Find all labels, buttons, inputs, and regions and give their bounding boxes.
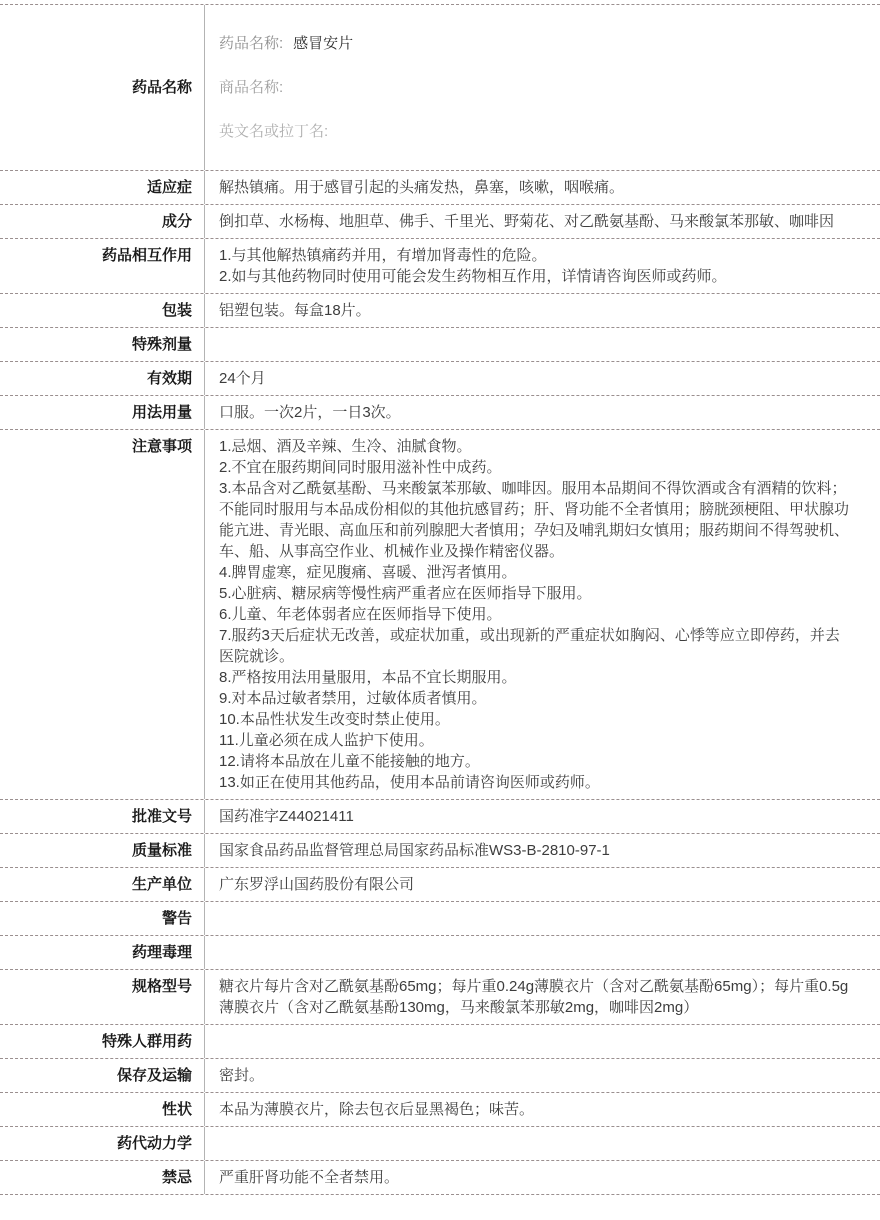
row-manufacturer: 生产单位 广东罗浮山国药股份有限公司 [0,868,880,902]
row-label-ingredients: 成分 [0,205,205,238]
row-value-approval-number: 国药准字Z44021411 [205,800,880,833]
row-value-shelf-life: 24个月 [205,362,880,395]
row-specification: 规格型号 糖衣片每片含对乙酰氨基酚65mg；每片重0.24g薄膜衣片（含对乙酰氨… [0,970,880,1025]
row-label-special-population: 特殊人群用药 [0,1025,205,1058]
row-value-indications: 解热镇痛。用于感冒引起的头痛发热，鼻塞，咳嗽，咽喉痛。 [205,171,880,204]
trade-name-line: 商品名称: [219,76,852,99]
english-name-line: 英文名或拉丁名: [219,120,852,143]
trade-name-field-label: 商品名称: [219,79,283,96]
row-value-specification: 糖衣片每片含对乙酰氨基酚65mg；每片重0.24g薄膜衣片（含对乙酰氨基酚65m… [205,970,880,1024]
row-value-contraindications: 严重肝肾功能不全者禁用。 [205,1161,880,1194]
row-approval-number: 批准文号 国药准字Z44021411 [0,800,880,834]
row-label-manufacturer: 生产单位 [0,868,205,901]
row-value-drug-interactions: 1.与其他解热镇痛药并用，有增加肾毒性的危险。 2.如与其他药物同时使用可能会发… [205,239,880,293]
row-label-shelf-life: 有效期 [0,362,205,395]
row-packaging: 包装 铝塑包装。每盒18片。 [0,294,880,328]
english-name-field-label: 英文名或拉丁名: [219,123,328,140]
row-warning: 警告 [0,902,880,936]
drug-info-table: 药品名称 药品名称:感冒安片 商品名称: 英文名或拉丁名: 适应症 解热镇痛。用… [0,4,880,1195]
row-label-special-dosage: 特殊剂量 [0,328,205,361]
row-label-storage-transport: 保存及运输 [0,1059,205,1092]
row-label-approval-number: 批准文号 [0,800,205,833]
row-label-contraindications: 禁忌 [0,1161,205,1194]
row-quality-standard: 质量标准 国家食品药品监督管理总局国家药品标准WS3-B-2810-97-1 [0,834,880,868]
row-label-precautions: 注意事项 [0,430,205,799]
row-value-storage-transport: 密封。 [205,1059,880,1092]
row-pharmacology-toxicology: 药理毒理 [0,936,880,970]
row-label-drug-name: 药品名称 [0,5,205,170]
row-shelf-life: 有效期 24个月 [0,362,880,396]
row-label-drug-interactions: 药品相互作用 [0,239,205,293]
row-value-dosage-usage: 口服。一次2片，一日3次。 [205,396,880,429]
drug-name-field-value: 感冒安片 [293,35,353,52]
row-precautions: 注意事项 1.忌烟、酒及辛辣、生冷、油腻食物。 2.不宜在服药期间同时服用滋补性… [0,430,880,800]
row-label-specification: 规格型号 [0,970,205,1024]
row-drug-name: 药品名称 药品名称:感冒安片 商品名称: 英文名或拉丁名: [0,5,880,171]
row-label-pharmacology-toxicology: 药理毒理 [0,936,205,969]
drug-name-line: 药品名称:感冒安片 [219,32,852,55]
row-special-population: 特殊人群用药 [0,1025,880,1059]
row-storage-transport: 保存及运输 密封。 [0,1059,880,1093]
row-label-dosage-usage: 用法用量 [0,396,205,429]
row-label-description: 性状 [0,1093,205,1126]
row-value-precautions: 1.忌烟、酒及辛辣、生冷、油腻食物。 2.不宜在服药期间同时服用滋补性中成药。 … [205,430,880,799]
row-value-manufacturer: 广东罗浮山国药股份有限公司 [205,868,880,901]
row-description: 性状 本品为薄膜衣片，除去包衣后显黑褐色；味苦。 [0,1093,880,1127]
row-label-pharmacokinetics: 药代动力学 [0,1127,205,1160]
row-value-description: 本品为薄膜衣片，除去包衣后显黑褐色；味苦。 [205,1093,880,1126]
row-label-quality-standard: 质量标准 [0,834,205,867]
row-value-special-population [205,1025,880,1058]
row-pharmacokinetics: 药代动力学 [0,1127,880,1161]
row-value-packaging: 铝塑包装。每盒18片。 [205,294,880,327]
row-value-pharmacokinetics [205,1127,880,1160]
row-value-special-dosage [205,328,880,361]
row-special-dosage: 特殊剂量 [0,328,880,362]
row-value-warning [205,902,880,935]
row-value-quality-standard: 国家食品药品监督管理总局国家药品标准WS3-B-2810-97-1 [205,834,880,867]
row-contraindications: 禁忌 严重肝肾功能不全者禁用。 [0,1161,880,1195]
row-value-pharmacology-toxicology [205,936,880,969]
row-value-drug-name: 药品名称:感冒安片 商品名称: 英文名或拉丁名: [205,5,880,170]
row-indications: 适应症 解热镇痛。用于感冒引起的头痛发热，鼻塞，咳嗽，咽喉痛。 [0,171,880,205]
row-label-warning: 警告 [0,902,205,935]
row-value-ingredients: 倒扣草、水杨梅、地胆草、佛手、千里光、野菊花、对乙酰氨基酚、马来酸氯苯那敏、咖啡… [205,205,880,238]
row-ingredients: 成分 倒扣草、水杨梅、地胆草、佛手、千里光、野菊花、对乙酰氨基酚、马来酸氯苯那敏… [0,205,880,239]
row-drug-interactions: 药品相互作用 1.与其他解热镇痛药并用，有增加肾毒性的危险。 2.如与其他药物同… [0,239,880,294]
row-dosage-usage: 用法用量 口服。一次2片，一日3次。 [0,396,880,430]
row-label-packaging: 包装 [0,294,205,327]
drug-name-field-label: 药品名称: [219,35,283,52]
row-label-indications: 适应症 [0,171,205,204]
